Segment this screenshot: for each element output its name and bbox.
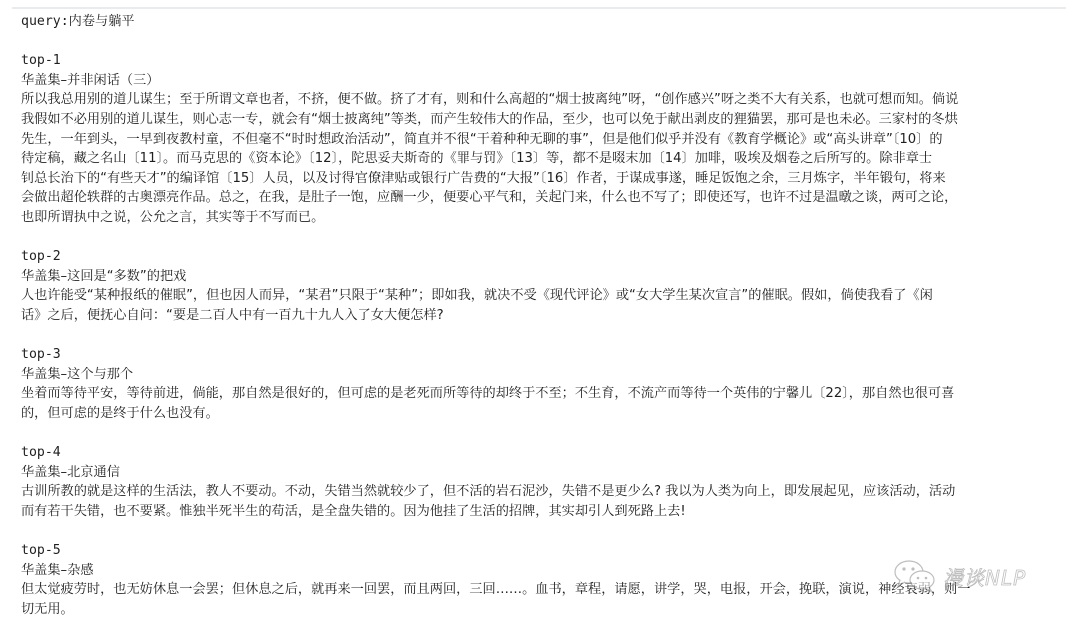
- result-item: top-2 华盖集–这回是“多数”的把戏 人也许能受“某种报纸的催眠”，但也因人…: [21, 247, 1066, 345]
- result-text-line: 人也许能受“某种报纸的催眠”，但也因人而异，“某君”只限于“某种”；即如我，就决…: [21, 286, 1066, 306]
- result-text-line: 古训所教的就是这样的生活法，教人不要动。不动，失错当然就较少了，但不活的岩石泥沙…: [21, 482, 1066, 502]
- result-text-line: 钊总长治下的“有些天才”的编译馆〔15〕人员，以及讨得官僚津贴或银行广告费的“大…: [21, 169, 1066, 189]
- result-text-line: 所以我总用别的道儿谋生；至于所谓文章也者，不挤，便不做。挤了才有，则和什么高超的…: [21, 90, 1066, 110]
- result-text-line: 话》之后，便抚心自问：“要是二百人中有一百九十九人入了女大便怎样?: [21, 306, 1066, 326]
- result-title: 华盖集–杂感: [21, 561, 1066, 581]
- result-title: 华盖集–并非闲话（三）: [21, 71, 1066, 91]
- query-value: 内卷与躺平: [69, 14, 135, 29]
- result-text-line: 坐着而等待平安，等待前进，倘能，那自然是很好的，但可虑的是老死而所等待的却终于不…: [21, 384, 1066, 404]
- query-label: query:: [21, 14, 69, 29]
- result-item: top-5 华盖集–杂感 但太觉疲劳时，也无妨休息一会罢；但休息之后，就再来一回…: [21, 541, 1066, 619]
- result-text-line: 待定稿，藏之名山〔11〕。而马克思的《资本论》〔12〕，陀思妥夫斯奇的《罪与罚》…: [21, 149, 1066, 169]
- result-text-line: 的，但可虑的是终于什么也没有。: [21, 404, 1066, 424]
- blank-line: [21, 423, 1066, 443]
- search-output: query:内卷与躺平 top-1 华盖集–并非闲话（三） 所以我总用别的道儿谋…: [21, 12, 1066, 619]
- result-title: 华盖集–这回是“多数”的把戏: [21, 267, 1066, 287]
- blank-line: [21, 228, 1066, 248]
- result-rank: top-1: [21, 51, 1066, 71]
- result-text-line: 先生，一年到头，一早到夜教村童，不但毫不“时时想政治活动”，简直并不很“干着种种…: [21, 130, 1066, 150]
- result-rank: top-5: [21, 541, 1066, 561]
- result-title: 华盖集–北京通信: [21, 463, 1066, 483]
- result-rank: top-3: [21, 345, 1066, 365]
- top-divider: [12, 7, 1066, 9]
- result-title: 华盖集–这个与那个: [21, 365, 1066, 385]
- result-text-line: 但太觉疲劳时，也无妨休息一会罢；但休息之后，就再来一回罢，而且两回，三回……。血…: [21, 580, 1066, 600]
- result-rank: top-4: [21, 443, 1066, 463]
- result-text-line: 而有若干失错，也不要紧。惟独半死半生的苟活，是全盘失错的。因为他挂了生活的招牌，…: [21, 502, 1066, 522]
- query-line: query:内卷与躺平: [21, 12, 1066, 32]
- result-text-line: 切无用。: [21, 600, 1066, 620]
- blank-line: [21, 32, 1066, 52]
- blank-line: [21, 326, 1066, 346]
- result-rank: top-2: [21, 247, 1066, 267]
- result-text-line: 会做出超伦轶群的古奥漂亮作品。总之，在我，是肚子一饱，应酬一少，便要心平气和，关…: [21, 188, 1066, 208]
- result-item: top-4 华盖集–北京通信 古训所教的就是这样的生活法，教人不要动。不动，失错…: [21, 443, 1066, 541]
- result-item: top-1 华盖集–并非闲话（三） 所以我总用别的道儿谋生；至于所谓文章也者，不…: [21, 51, 1066, 247]
- result-text-line: 也即所谓执中之说，公允之言，其实等于不写而已。: [21, 208, 1066, 228]
- result-text-line: 我假如不必用别的道儿谋生，则心志一专，就会有“烟士披离纯”等类，而产生较伟大的作…: [21, 110, 1066, 130]
- blank-line: [21, 521, 1066, 541]
- result-item: top-3 华盖集–这个与那个 坐着而等待平安，等待前进，倘能，那自然是很好的，…: [21, 345, 1066, 443]
